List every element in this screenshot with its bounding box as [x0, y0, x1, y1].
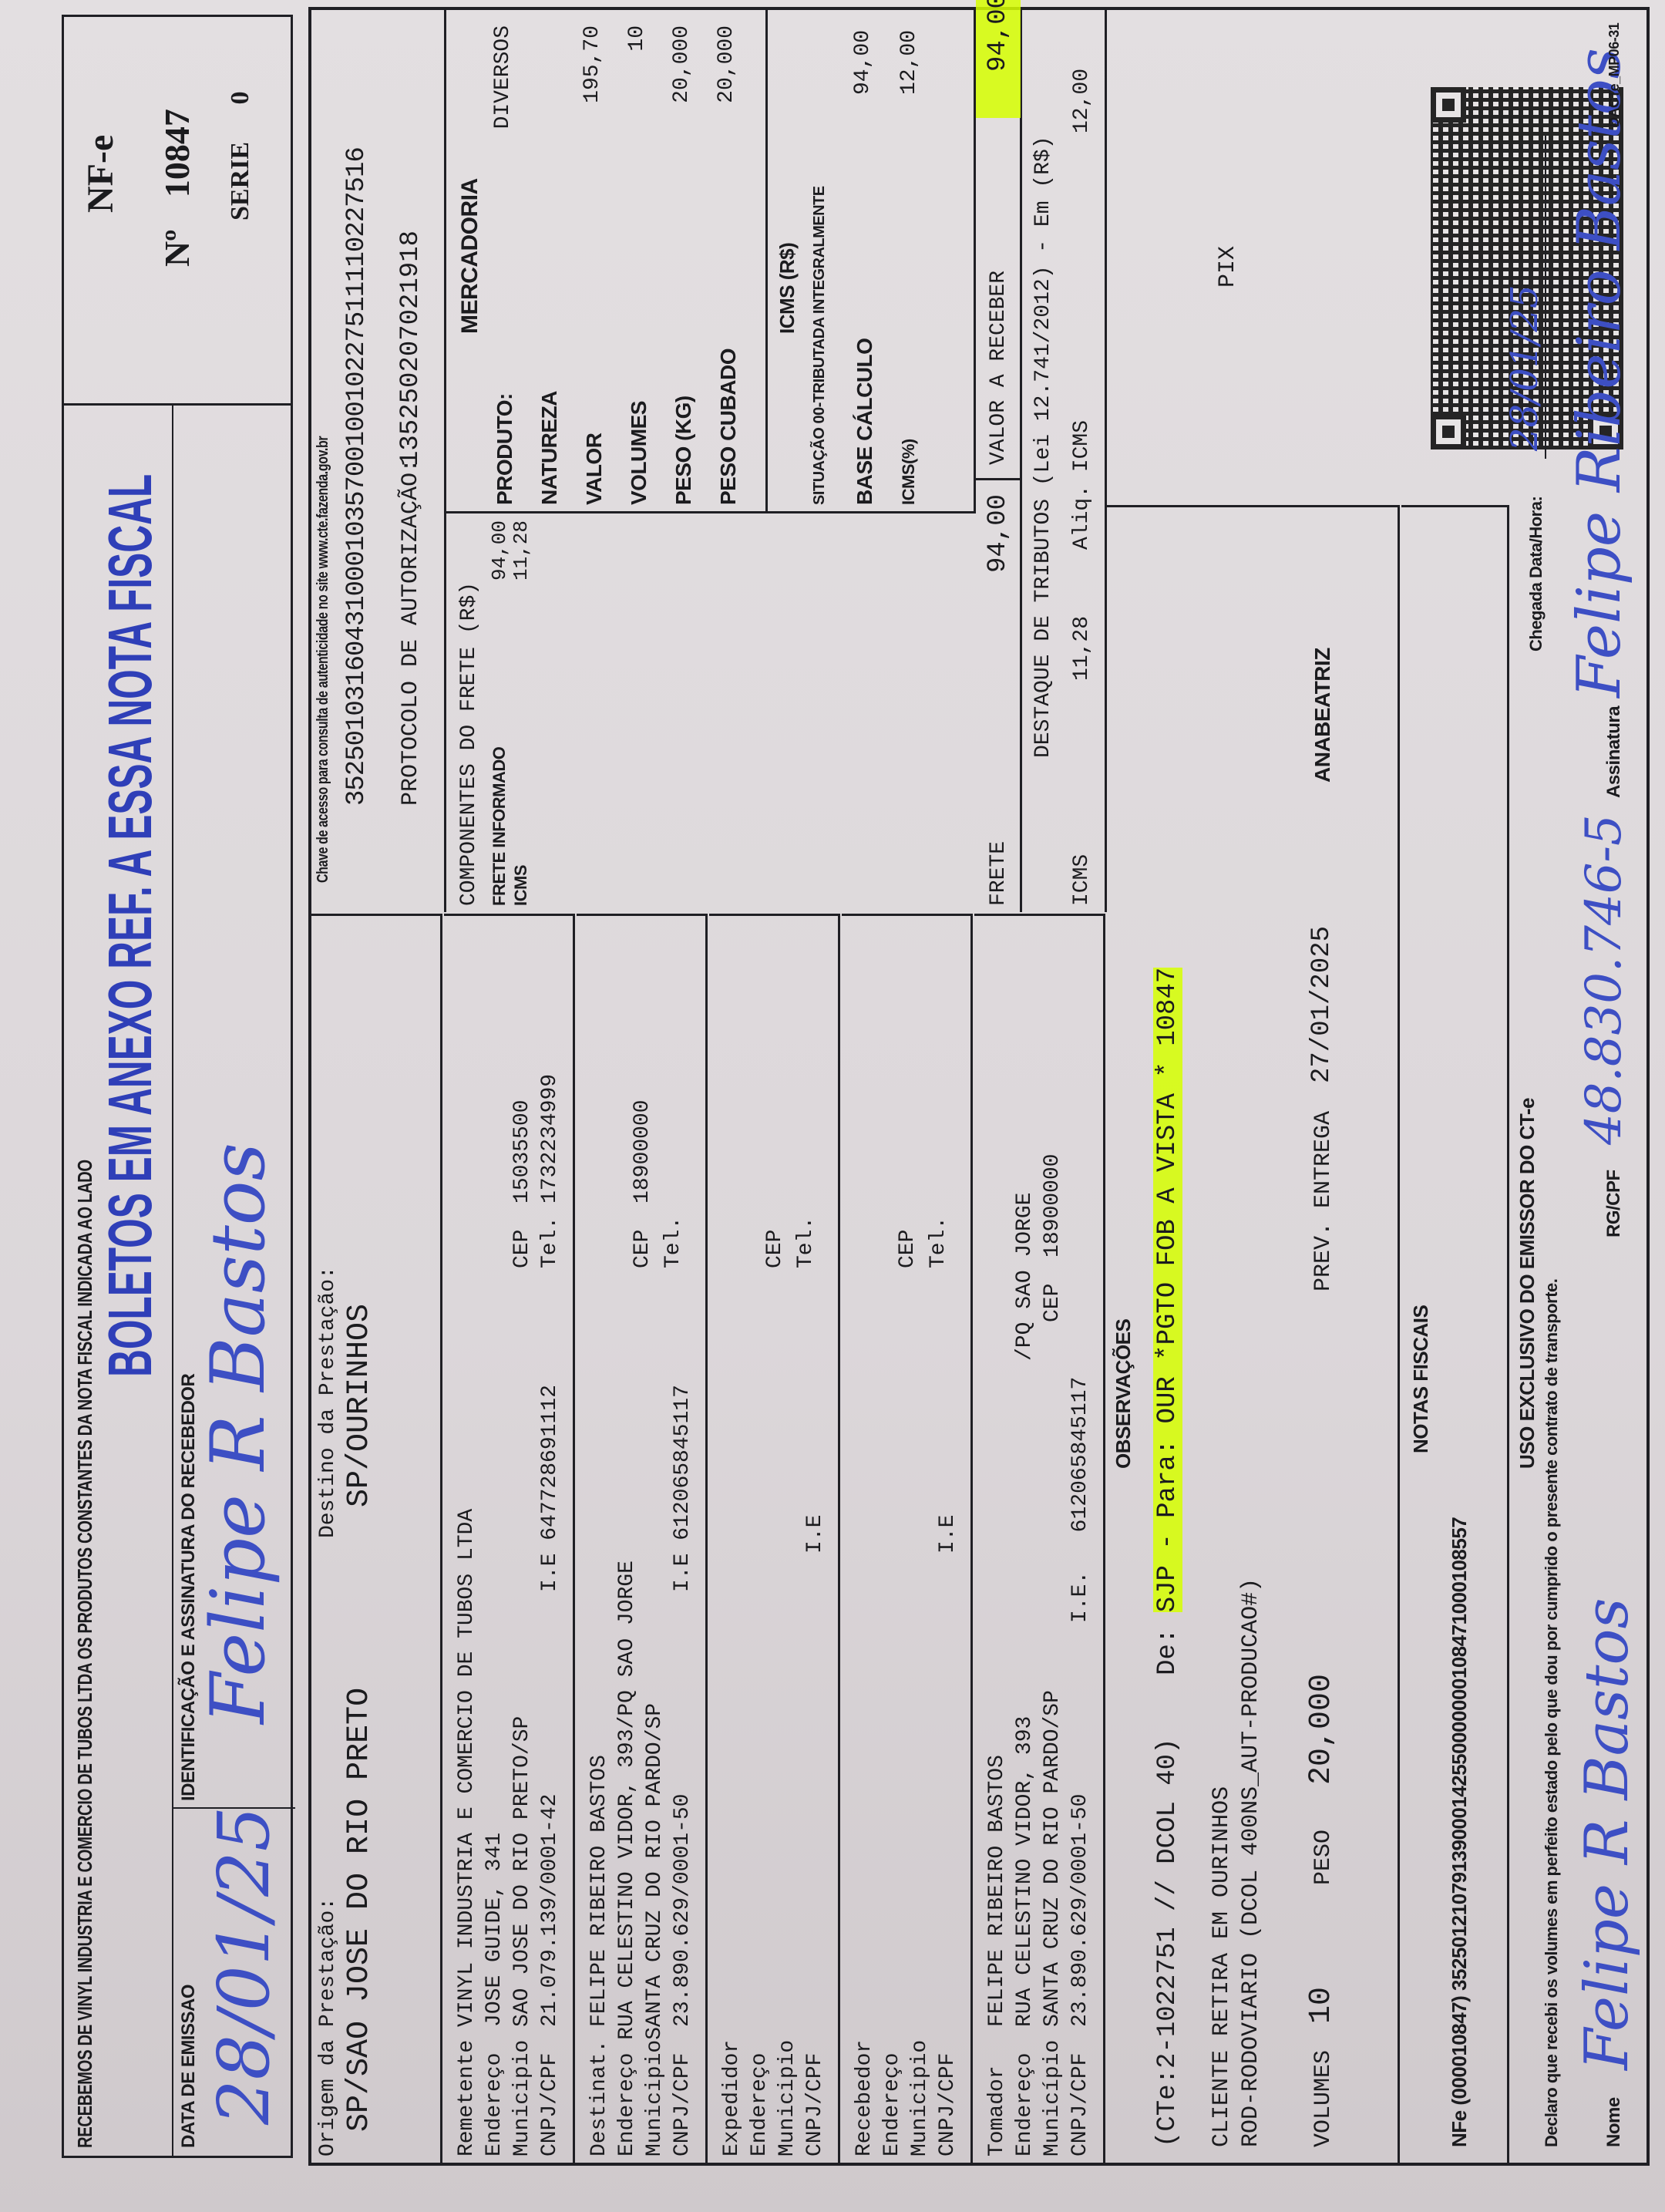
expedidor-tel-label: Tel.	[794, 1217, 818, 1268]
destination-label: Destino da Prestação:	[316, 1266, 340, 1538]
obs-volumes-label: VOLUMES	[1310, 2050, 1337, 2147]
expedidor-city-label: Municipio	[775, 2040, 799, 2156]
freight-components-title: COMPONENTES DO FRETE (R$)	[457, 582, 481, 906]
remetente-ie: 647728691112	[538, 1385, 562, 1540]
obs-line2: CLIENTE RETIRA EM OURINHOS	[1209, 1786, 1235, 2147]
declaration-text: Declaro que recebi os volumes em perfeit…	[1542, 1279, 1562, 2147]
destinatario-cep: 18900000	[631, 1100, 654, 1204]
totals-row: FRETE 94,00 VALOR A RECEBER 94,00	[976, 10, 1022, 912]
stub-divider	[172, 406, 173, 2156]
protocol-label: PROTOCOLO DE AUTORIZAÇÃO:	[398, 459, 424, 806]
mercadoria-box: MERCADORIA PRODUTO:DIVERSOSNATUREZAVALOR…	[444, 10, 768, 511]
expedidor-cnpj-label: CNPJ/CPF	[803, 2053, 827, 2156]
remetente-tel-label: Tel.	[538, 1217, 562, 1268]
uso-exclusivo-title: USO EXCLUSIVO DO EMISSOR DO CT-e	[1515, 1098, 1539, 1469]
dacte-main-form: Chave de acesso para consulta de autenti…	[308, 7, 1650, 2166]
frete-value: 94,00	[984, 494, 1013, 573]
nome-label: Nome	[1603, 2097, 1625, 2147]
mercadoria-row-value: DIVERSOS	[491, 25, 515, 129]
tomador-city-label: Município	[1041, 2040, 1065, 2156]
expedidor-ie-label: I.E	[803, 1515, 827, 1554]
chegada-line	[1545, 135, 1546, 459]
freight-item-value: 11,28	[510, 520, 533, 581]
tomador-cep: 18900000	[1041, 1154, 1065, 1258]
icms-pct-value: 12,00	[897, 30, 921, 95]
prev-entrega-label: PREV. ENTREGA	[1310, 1111, 1337, 1291]
mercadoria-row-value: 195,70	[580, 25, 604, 103]
recebedor-box: Recebedor Endereço Municipio CNPJ/CPF I.…	[842, 914, 973, 2163]
icms-base-value: 94,00	[851, 30, 875, 95]
tributos-icms-value: 11,28	[1070, 616, 1094, 681]
tomador-address: RUA CELESTINO VIDOR, 393	[1013, 1716, 1037, 2027]
tomador-city: SANTA CRUZ DO RIO PARDO/SP	[1041, 1690, 1065, 2027]
tomador-ie-label: I.E.	[1068, 1571, 1092, 1623]
notas-fiscais-title: NOTAS FISCAIS	[1409, 1305, 1433, 1453]
recebedor-tel-label: Tel.	[927, 1217, 950, 1268]
boletos-stamp: BOLETOS EM ANEXO REF. A ESSA NOTA FISCAL	[95, 474, 166, 1377]
remetente-address: JOSE GUIDE, 341	[483, 1833, 506, 2027]
mercadoria-row-label: VOLUMES	[627, 401, 651, 505]
tomador-label: Tomador	[985, 2066, 1009, 2156]
mercadoria-row-label: VALOR	[582, 433, 607, 505]
mercadoria-row-value: 10	[625, 25, 649, 52]
protocol-value: 135250207021918	[396, 231, 425, 466]
destinatario-cnpj-label: CNPJ/CPF	[671, 2053, 695, 2156]
tomador-cep-label: CEP	[1041, 1284, 1065, 1322]
tributos-box: DESTAQUE DE TRIBUTOS (Lei 12.741/2012) -…	[1024, 10, 1107, 912]
tomador-box: Tomador FELIPE RIBEIRO BASTOS Endereço R…	[974, 914, 1105, 2163]
notas-fiscais-box: NOTAS FISCAIS NFe (000010847) 3525012107…	[1401, 505, 1509, 2163]
valor-receber-label: VALOR A RECEBER	[987, 271, 1011, 465]
destinatario-box: Destinat. FELIPE RIBEIRO BASTOS Endereço…	[577, 914, 708, 2163]
mercadoria-row-label: PESO (KG)	[671, 396, 696, 505]
nf-number: 10847	[157, 109, 197, 197]
expedidor-address-label: Endereço	[748, 2053, 772, 2156]
expedidor-box: Expedidor Endereço Municipio CNPJ/CPF I.…	[709, 914, 840, 2163]
tomador-name: FELIPE RIBEIRO BASTOS	[985, 1755, 1009, 2027]
mercadoria-row-value: 20,000	[670, 25, 694, 103]
mercadoria-row-label: NATUREZA	[537, 391, 562, 505]
destinatario-address-label: Endereço	[615, 2053, 639, 2156]
tomador-ie: 612065845117	[1068, 1377, 1092, 1533]
remetente-city-label: Municipio	[510, 2040, 534, 2156]
destination-value: SP/OURINHOS	[342, 1304, 377, 1507]
tributos-aliq-label: Aliq. ICMS	[1070, 420, 1094, 550]
tomador-address-label: Endereço	[1013, 2053, 1037, 2156]
assinatura-label: Assinatura	[1603, 706, 1625, 798]
valor-receber-value: 94,00	[976, 0, 1021, 118]
route-box: Origem da Prestação: SP/SAO JOSE DO RIO …	[311, 914, 442, 2163]
recebedor-ie-label: I.E	[936, 1515, 960, 1554]
destinatario-label: Destinat.	[587, 2040, 611, 2156]
receipt-stub: RECEBEMOS DE VINYL INDUSTRIA E COMERCIO …	[62, 15, 293, 2158]
date-handwritten: 28/01/25	[203, 1806, 285, 2125]
recebedor-cep-label: CEP	[896, 1230, 920, 1268]
icms-situacao: SITUAÇÃO 00-TRIBUTADA INTEGRALMENTE	[811, 186, 829, 505]
tomador-cnpj-label: CNPJ/CPF	[1068, 2053, 1092, 2156]
remetente-name: VINYL INDUSTRIA E COMERCIO DE TUBOS LTDA	[455, 1509, 479, 2027]
tributos-title: DESTAQUE DE TRIBUTOS (Lei 12.741/2012) -…	[1031, 136, 1055, 758]
recebedor-address-label: Endereço	[880, 2053, 904, 2156]
destinatario-city: SANTA CRUZ DO RIO PARDO/SP	[643, 1703, 667, 2040]
freight-item-label: ICMS	[511, 865, 531, 906]
frete-label: FRETE	[987, 841, 1011, 906]
observacoes-title: OBSERVAÇÕES	[1112, 1319, 1135, 1469]
recebedor-label: Recebedor	[853, 2040, 876, 2156]
origin-label: Origem da Prestação:	[316, 1897, 340, 2156]
origin-value: SP/SAO JOSE DO RIO PRETO	[342, 1688, 377, 2132]
remetente-box: Remetente VINYL INDUSTRIA E COMERCIO DE …	[444, 914, 575, 2163]
destinatario-cep-label: CEP	[631, 1230, 654, 1268]
access-key-value: 3525010316043100010357001001022751111022…	[342, 147, 372, 806]
totals-divider	[976, 478, 1022, 480]
stub-nf-divider	[64, 403, 291, 406]
freight-item-value: 94,00	[488, 520, 511, 581]
nfe-reference: NFe (000010847) 352501210791390001425500…	[1448, 1517, 1472, 2147]
dacte-document: RECEBEMOS DE VINYL INDUSTRIA E COMERCIO …	[0, 0, 1665, 2212]
mercadoria-row-label: PRODUTO:	[493, 393, 517, 505]
tributos-icms-label: ICMS	[1070, 854, 1094, 906]
destinatario-tel-label: Tel.	[661, 1217, 685, 1268]
pix-label: PIX	[1215, 246, 1241, 288]
destinatario-city-label: Municipio	[643, 2040, 667, 2156]
chegada-label: Chegada Data/Hora:	[1526, 497, 1546, 651]
rg-label: RG/CPF	[1603, 1170, 1625, 1237]
assinatura-handwritten: Felipe Ribeiro Bastos	[1565, 48, 1634, 698]
nfe-label: NF-e	[79, 135, 122, 213]
nome-handwritten: Felipe R Bastos	[1572, 1598, 1642, 2071]
expedidor-cep-label: CEP	[763, 1230, 787, 1268]
destinatario-ie: 612065845117	[671, 1385, 695, 1540]
destinatario-cnpj: 23.890.629/0001-50	[671, 1794, 695, 2027]
recebedor-cnpj-label: CNPJ/CPF	[936, 2053, 960, 2156]
remetente-cep: 15035500	[510, 1100, 534, 1204]
mercadoria-title: MERCADORIA	[457, 178, 483, 334]
obs-peso-label: PESO	[1310, 1830, 1337, 1885]
recebedor-city-label: Municipio	[908, 2040, 932, 2156]
serie-label: SERIE	[226, 142, 254, 221]
observacoes-box: OBSERVAÇÕES (CTe:2-1022751 // DCOL 40) D…	[1107, 505, 1400, 2163]
date-label: DATA DE EMISSAO	[178, 1985, 200, 2148]
obs-line3: ROD-RODOVIARIO (DCOL 400NS_AUT-PRODUCAO#…	[1238, 1578, 1264, 2147]
rg-handwritten: 48.830.746-5	[1576, 814, 1633, 1145]
tributos-aliq-value: 12,00	[1070, 69, 1094, 133]
obs-line1-highlight: SJP - Para: OUR *PGTO FOB A VISTA * 1084…	[1153, 968, 1182, 1613]
icms-title: ICMS (R$)	[775, 243, 799, 334]
expedidor-label: Expedidor	[720, 2040, 744, 2156]
tomador-address-extra: /PQ SAO JORGE	[1013, 1193, 1037, 1361]
icms-pct-label: ICMS(%)	[899, 439, 919, 505]
remetente-city: SAO JOSE DO RIO PRETO/SP	[510, 1716, 534, 2027]
received-text: RECEBEMOS DE VINYL INDUSTRIA E COMERCIO …	[73, 1160, 97, 2148]
remetente-address-label: Endereço	[483, 2053, 506, 2156]
number-label: Nº	[157, 230, 197, 267]
serie-value: 0	[226, 91, 254, 104]
obs-peso-value: 20,000	[1304, 1674, 1339, 1785]
icms-box: ICMS (R$) SITUAÇÃO 00-TRIBUTADA INTEGRAL…	[768, 10, 976, 511]
freight-item-label: FRETE INFORMADO	[489, 747, 510, 906]
chegada-handwritten: 28/01/25	[1503, 284, 1546, 451]
remetente-ie-label: I.E	[538, 1554, 562, 1592]
mercadoria-row-label: PESO CUBADO	[716, 348, 741, 505]
uso-exclusivo-box: USO EXCLUSIVO DO EMISSOR DO CT-e Declaro…	[1511, 10, 1646, 2163]
obs-line1-prefix: (CTe:2-1022751 // DCOL 40) De:	[1153, 1612, 1182, 2147]
remetente-label: Remetente	[455, 2040, 479, 2156]
access-key-caption: Chave de acesso para consulta de autenti…	[314, 436, 332, 883]
freight-components-box: COMPONENTES DO FRETE (R$) FRETE INFORMAD…	[444, 511, 976, 912]
remetente-tel: 1732234999	[538, 1074, 562, 1204]
tomador-cnpj: 23.890.629/0001-50	[1068, 1794, 1092, 2027]
prev-entrega-value: 27/01/2025	[1307, 926, 1337, 1083]
icms-base-label: BASE CÁLCULO	[853, 338, 877, 505]
mercadoria-row-value: 20,000	[715, 25, 738, 103]
operator-name: ANABEATRIZ	[1310, 648, 1335, 783]
destinatario-address: RUA CELESTINO VIDOR, 393/PQ SAO JORGE	[615, 1561, 639, 2040]
form-code: DACTe_MP06-31	[1606, 23, 1623, 127]
destinatario-ie-label: I.E	[671, 1554, 695, 1592]
remetente-cnpj: 21.079.139/0001-42	[538, 1794, 562, 2027]
obs-volumes-value: 10	[1304, 1987, 1339, 2024]
receiver-signature: Felipe R Bastos	[195, 1143, 281, 1724]
remetente-cnpj-label: CNPJ/CPF	[538, 2053, 562, 2156]
remetente-cep-label: CEP	[510, 1230, 534, 1268]
destinatario-name: FELIPE RIBEIRO BASTOS	[587, 1755, 611, 2027]
